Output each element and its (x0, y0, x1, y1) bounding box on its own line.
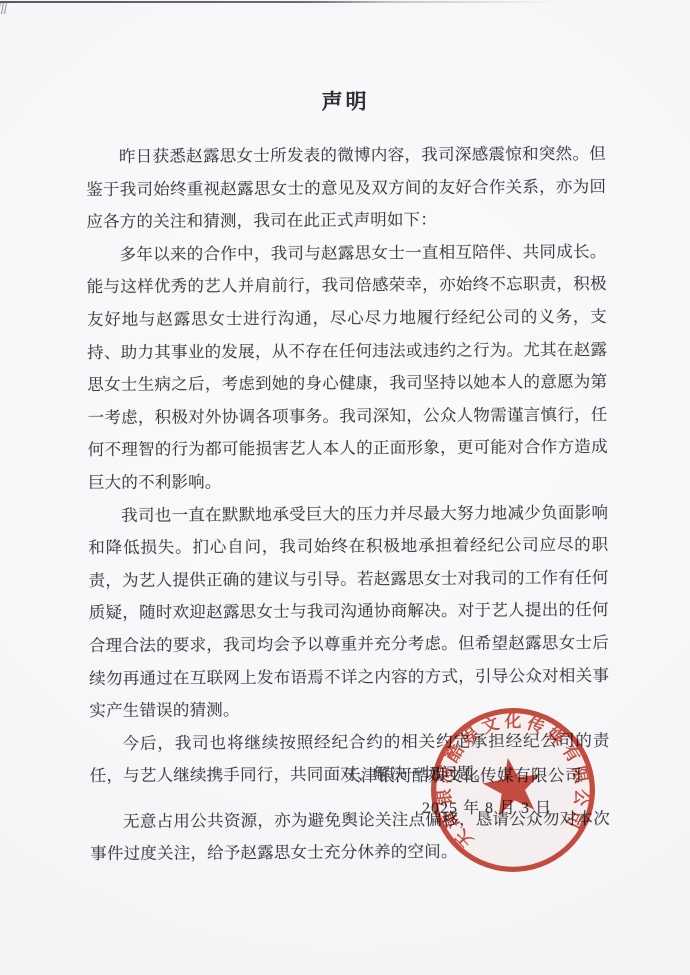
company-seal: 天津银河酷娱文化传媒有限公司 (415, 692, 612, 889)
statement-paragraph: 多年以来的合作中，我司与赵露思女士一直相互陪伴、共同成长。能与这样优秀的艺人并肩… (86, 236, 608, 500)
statement-paragraph: 昨日获悉赵露思女士所发表的微博内容，我司深感震惊和突然。但鉴于我司始终重视赵露思… (86, 138, 607, 239)
scanned-statement-page: 声明 昨日获悉赵露思女士所发表的微博内容，我司深感震惊和突然。但鉴于我司始终重视… (0, 0, 690, 975)
statement-paragraph: 我司也一直在默默地承受巨大的压力并尽最大努力地减少负面影响和降低损失。扪心自问，… (88, 497, 609, 728)
page-title: 声明 (86, 84, 606, 117)
